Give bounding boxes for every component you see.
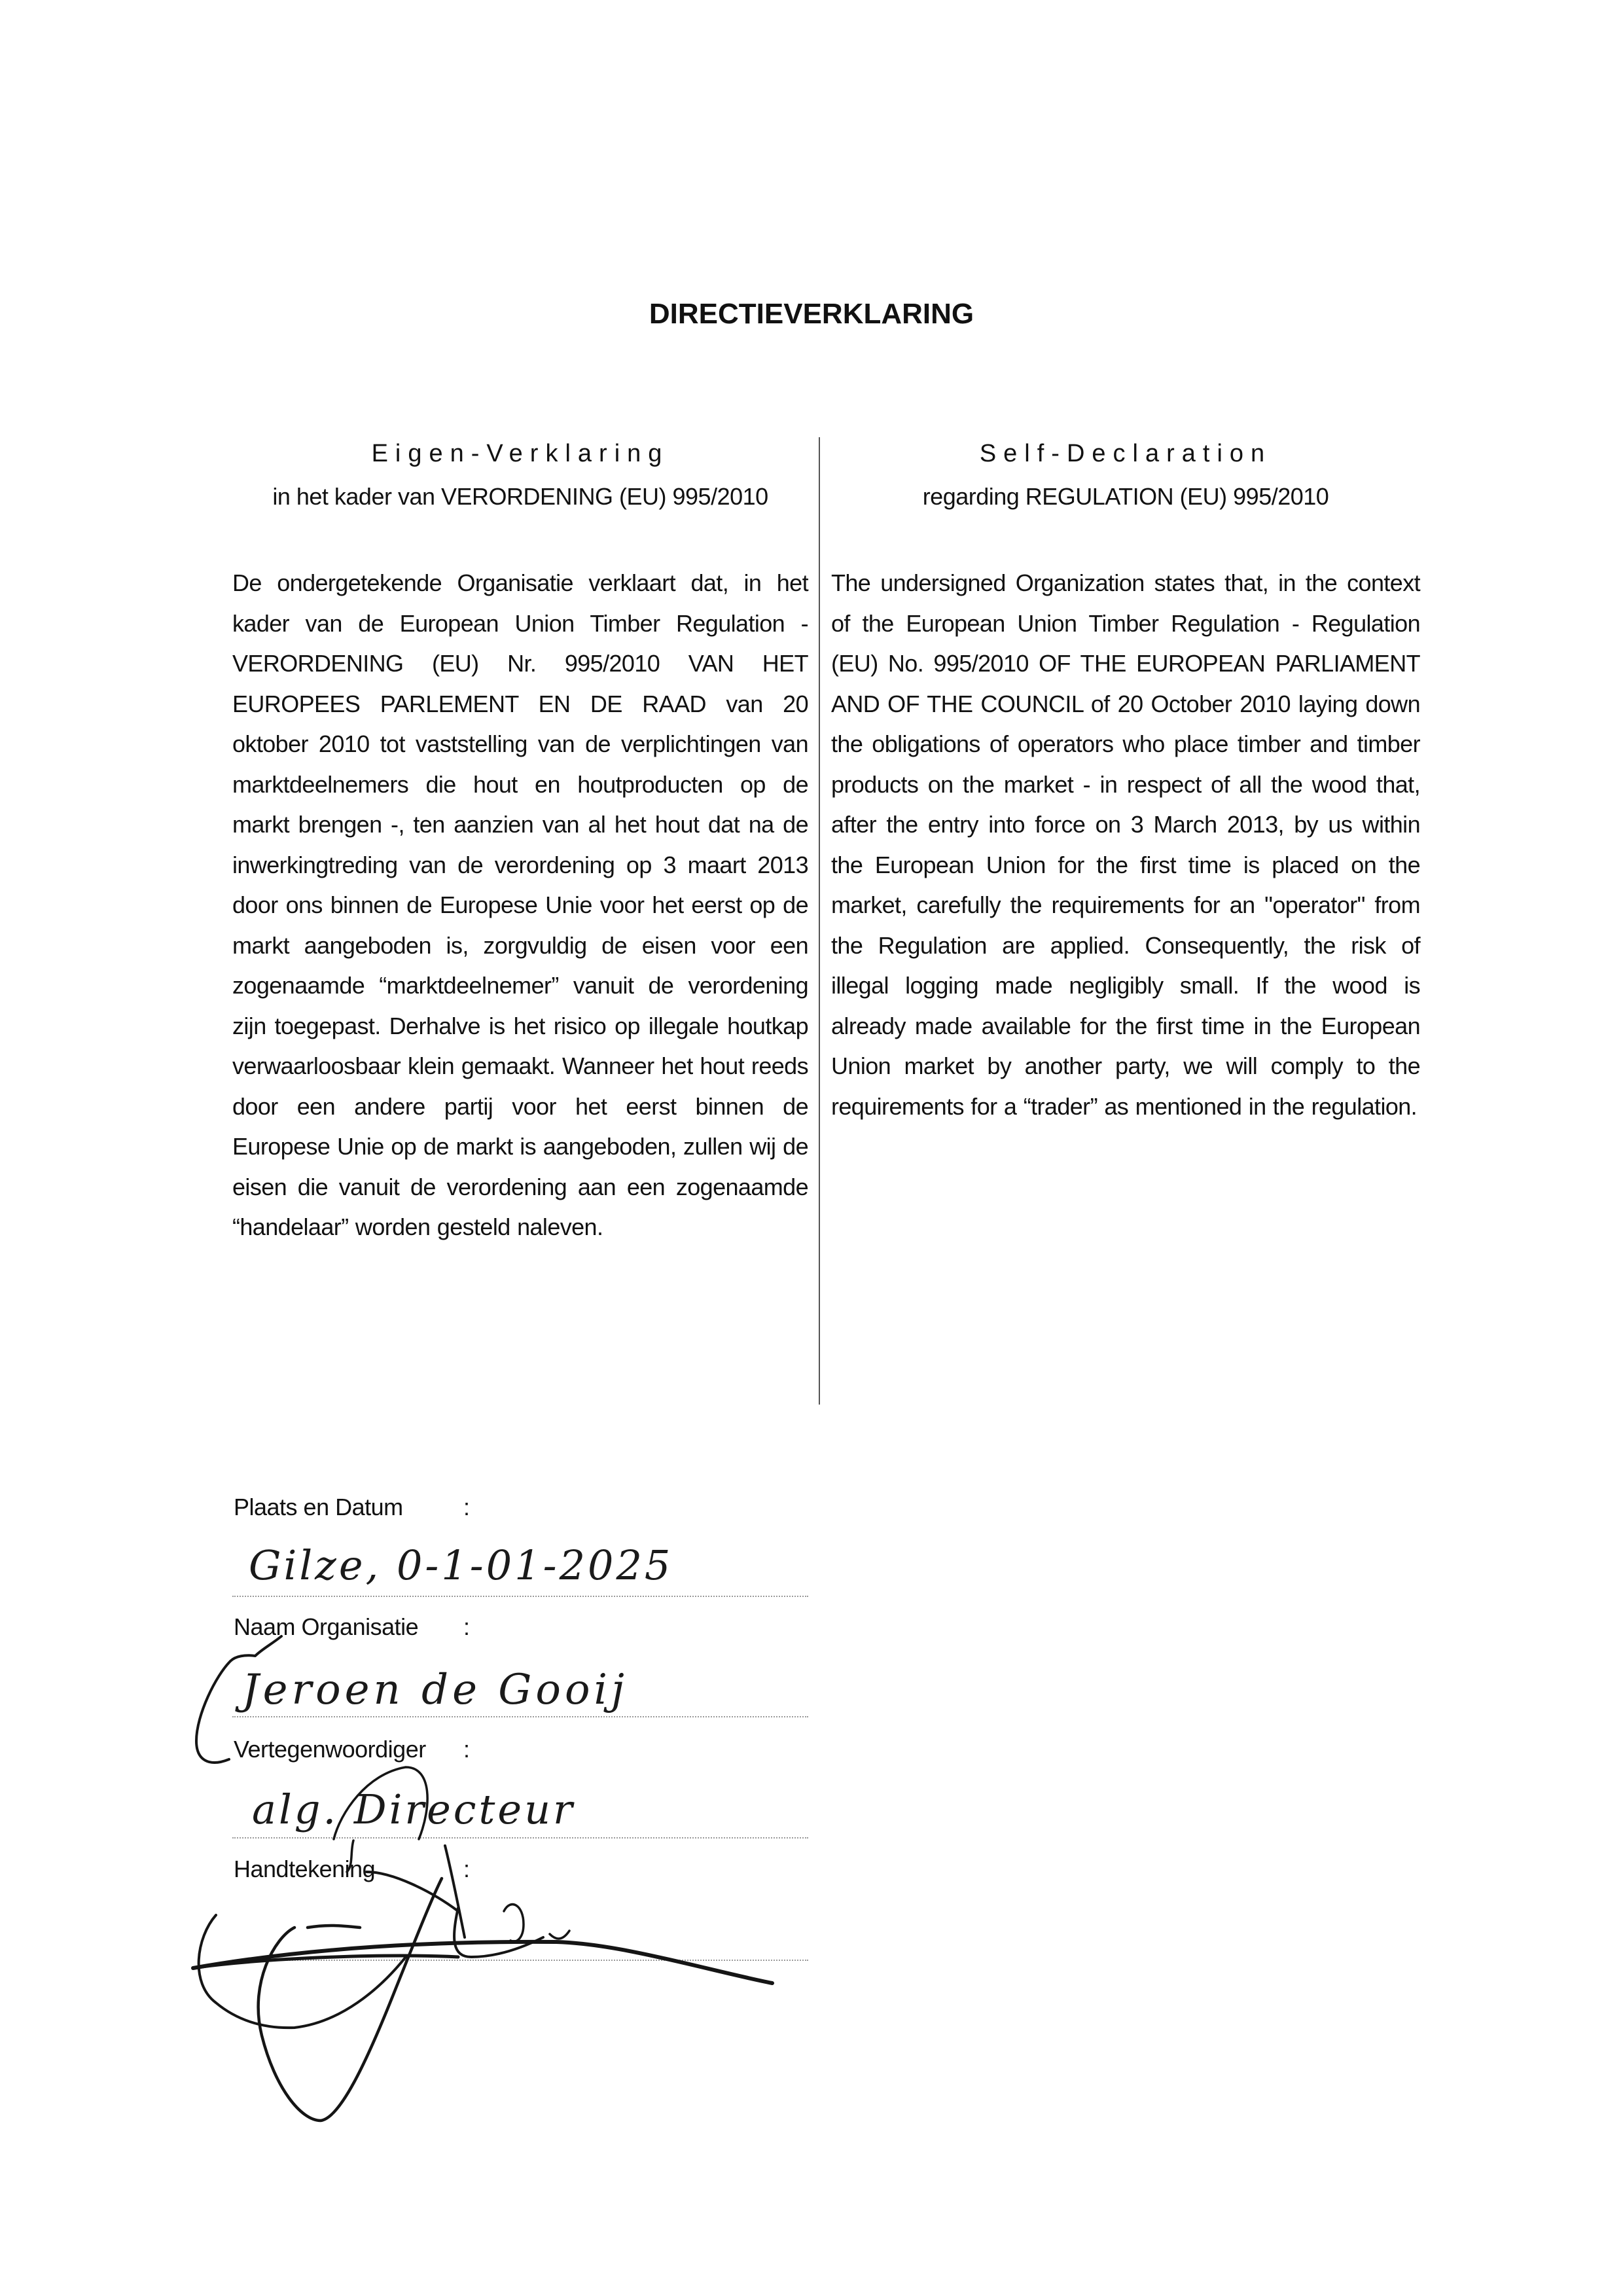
handwritten-signature-icon bbox=[0, 0, 1623, 2296]
